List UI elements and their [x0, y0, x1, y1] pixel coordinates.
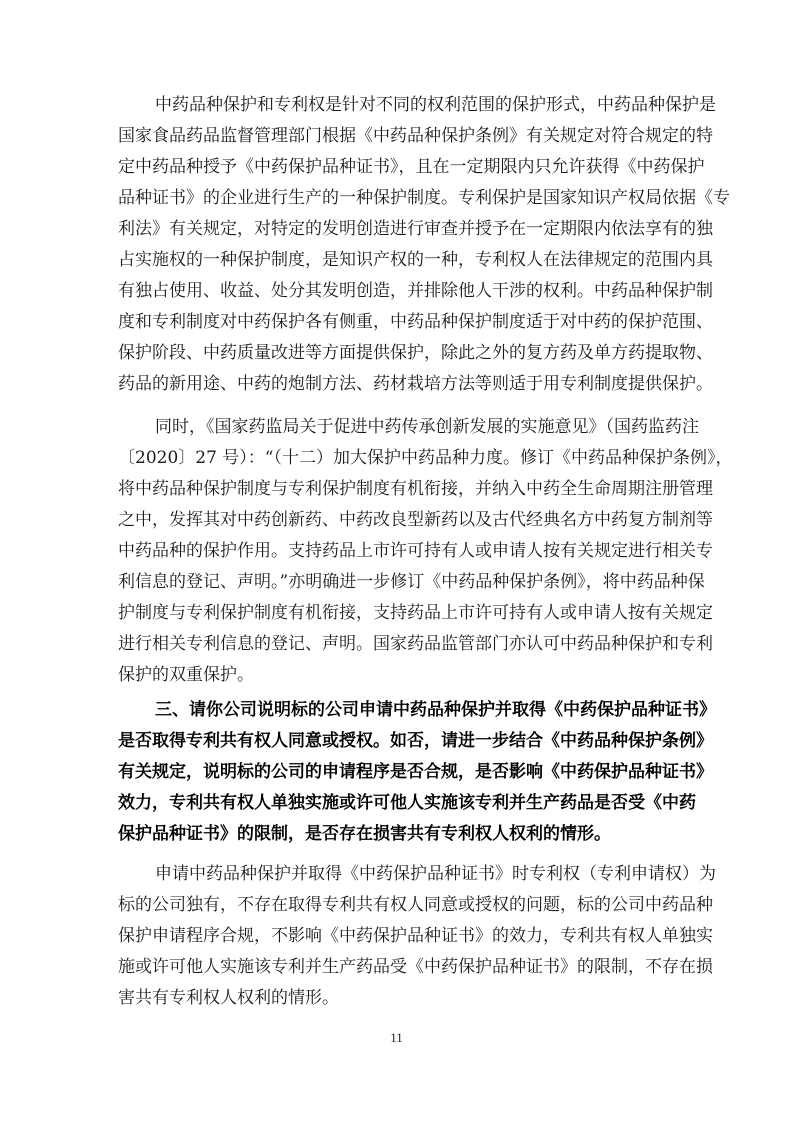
text-line: 国家食品药品监督管理部门根据《中药品种保护条例》有关规定对符合规定的特	[118, 121, 676, 152]
text-line: 定中药品种授予《中药保护品种证书》，且在一定期限内只允许获得《中药保护	[118, 152, 676, 183]
text-line: 中药品种保护和专利权是针对不同的权利范围的保护形式，中药品种保护是	[118, 90, 676, 121]
text-line: 之中，发挥其对中药创新药、中药改良型新药以及古代经典名方中药复方制剂等	[118, 505, 676, 536]
paragraph-patent-vs-variety-protection: 中药品种保护和专利权是针对不同的权利范围的保护形式，中药品种保护是 国家食品药品…	[118, 90, 676, 400]
text-line: 保护品种证书》的限制，是否存在损害共有专利权人权利的情形。	[118, 819, 676, 850]
text-line: 进行相关专利信息的登记、声明。国家药品监管部门亦认可中药品种保护和专利	[118, 629, 676, 660]
text-line: 将中药品种保护制度与专利保护制度有机衔接，并纳入中药全生命周期注册管理	[118, 474, 676, 505]
text-line: 占实施权的一种保护制度，是知识产权的一种，专利权人在法律规定的范围内具	[118, 245, 676, 276]
paragraph-nmpa-opinion: 同时，《国家药监局关于促进中药传承创新发展的实施意见》（国药监药注 〔2020〕…	[118, 412, 676, 691]
text-line: 保护阶段、中药质量改进等方面提供保护，除此之外的复方药及单方药提取物、	[118, 338, 676, 369]
text-line: 三、请你公司说明标的公司申请中药品种保护并取得《中药保护品种证书》	[118, 695, 676, 726]
text-line: 保护申请程序合规，不影响《中药保护品种证书》的效力，专利共有权人单独实	[118, 921, 676, 952]
text-line: 〔2020〕27 号）：“（十二）加大保护中药品种力度。修订《中药品种保护条例》…	[118, 443, 676, 474]
text-line: 同时，《国家药监局关于促进中药传承创新发展的实施意见》（国药监药注	[118, 412, 676, 443]
question-three-heading: 三、请你公司说明标的公司申请中药品种保护并取得《中药保护品种证书》 是否取得专利…	[118, 695, 676, 850]
text-line: 申请中药品种保护并取得《中药保护品种证书》时专利权（专利申请权）为	[118, 859, 676, 890]
page-number: 11	[0, 1030, 793, 1046]
text-line: 保护的双重保护。	[118, 660, 676, 691]
text-line: 标的公司独有，不存在取得专利共有权人同意或授权的问题，标的公司中药品种	[118, 890, 676, 921]
text-line: 效力，专利共有权人单独实施或许可他人实施该专利并生产药品是否受《中药	[118, 788, 676, 819]
text-line: 有关规定，说明标的公司的申请程序是否合规，是否影响《中药保护品种证书》	[118, 757, 676, 788]
text-line: 施或许可他人实施该专利并生产药品受《中药保护品种证书》的限制，不存在损	[118, 952, 676, 983]
text-line: 有独占使用、收益、处分其发明创造，并排除他人干涉的权利。中药品种保护制	[118, 276, 676, 307]
text-line: 度和专利制度对中药保护各有侧重，中药品种保护制度适于对中药的保护范围、	[118, 307, 676, 338]
text-line: 中药品种的保护作用。支持药品上市许可持有人或申请人按有关规定进行相关专	[118, 536, 676, 567]
text-line: 护制度与专利保护制度有机衔接，支持药品上市许可持有人或申请人按有关规定	[118, 598, 676, 629]
text-line: 是否取得专利共有权人同意或授权。如否，请进一步结合《中药品种保护条例》	[118, 726, 676, 757]
text-line: 利信息的登记、声明。”亦明确进一步修订《中药品种保护条例》，将中药品种保	[118, 567, 676, 598]
document-page: 中药品种保护和专利权是针对不同的权利范围的保护形式，中药品种保护是 国家食品药品…	[0, 0, 793, 1122]
paragraph-answer: 申请中药品种保护并取得《中药保护品种证书》时专利权（专利申请权）为 标的公司独有…	[118, 859, 676, 1014]
text-line: 药品的新用途、中药的炮制方法、药材栽培方法等则适于用专利制度提供保护。	[118, 369, 676, 400]
text-line: 品种证书》的企业进行生产的一种保护制度。专利保护是国家知识产权局依据《专	[118, 183, 676, 214]
text-line: 利法》有关规定，对特定的发明创造进行审查并授予在一定期限内依法享有的独	[118, 214, 676, 245]
text-line: 害共有专利权人权利的情形。	[118, 983, 676, 1014]
